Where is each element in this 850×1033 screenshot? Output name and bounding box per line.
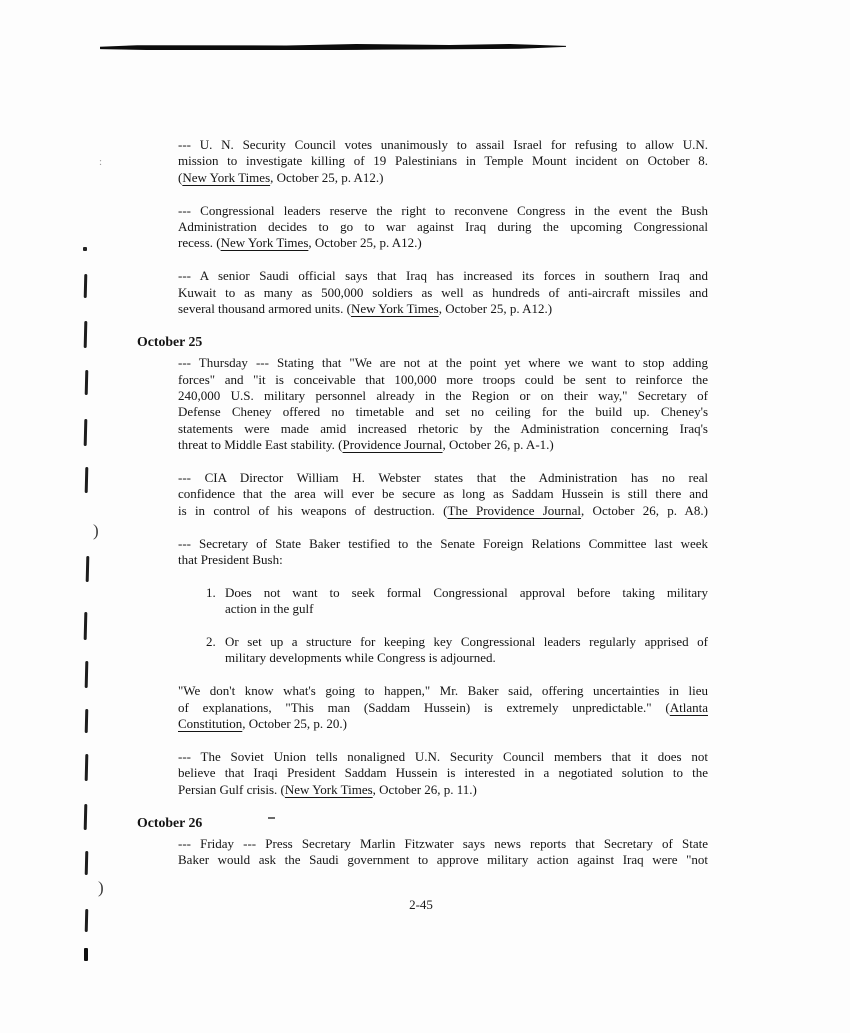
text-segment: Persian Gulf crisis. ( <box>178 782 285 797</box>
text-line: several thousand armored units. (New Yor… <box>178 301 708 317</box>
scan-artifact-bar <box>84 612 88 640</box>
citation: New York Times <box>351 301 439 316</box>
paragraph: --- Thursday --- Stating that "We are no… <box>178 355 708 453</box>
text-line: that President Bush: <box>178 552 708 568</box>
text-segment: Kuwait to as many as 500,000 soldiers as… <box>178 285 708 300</box>
list-number: 1. <box>206 585 216 601</box>
paragraph: --- CIA Director William H. Webster stat… <box>178 470 708 519</box>
text-segment: , October 26, p. A8.) <box>581 503 708 518</box>
text-segment: forces" and "it is conceivable that 100,… <box>178 372 708 387</box>
list-body: Does not want to seek formal Congression… <box>225 585 708 618</box>
list-item: 2.Or set up a structure for keeping key … <box>178 634 708 667</box>
scanned-page: --- U. N. Security Council votes unanimo… <box>0 0 850 1033</box>
text-line: Baker would ask the Saudi government to … <box>178 852 708 868</box>
text-segment: --- Congressional leaders reserve the ri… <box>178 203 708 218</box>
text-line: military developments while Congress is … <box>225 650 708 666</box>
text-segment: , October 26, p. 11.) <box>373 782 477 797</box>
scan-artifact-bar <box>85 909 89 932</box>
text-line: of explanations, "This man (Saddam Husse… <box>178 700 708 716</box>
text-segment: confidence that the area will ever be se… <box>178 486 708 501</box>
text-segment: --- Secretary of State Baker testified t… <box>178 536 708 551</box>
paragraph: --- U. N. Security Council votes unanimo… <box>178 137 708 186</box>
text-line: threat to Middle East stability. (Provid… <box>178 437 708 453</box>
text-segment: , October 25, p. A12.) <box>270 170 383 185</box>
text-segment: several thousand armored units. ( <box>178 301 351 316</box>
text-segment: mission to investigate killing of 19 Pal… <box>178 153 708 168</box>
scan-artifact-dash <box>268 817 275 819</box>
paragraph: --- Friday --- Press Secretary Marlin Fi… <box>178 836 708 869</box>
text-line: --- Congressional leaders reserve the ri… <box>178 203 708 219</box>
text-line: --- CIA Director William H. Webster stat… <box>178 470 708 486</box>
paragraph: --- The Soviet Union tells nonaligned U.… <box>178 749 708 798</box>
text-line: confidence that the area will ever be se… <box>178 486 708 502</box>
text-line: --- Secretary of State Baker testified t… <box>178 536 708 552</box>
scan-artifact-bar2 <box>84 948 88 961</box>
scan-artifact-colon: : <box>99 157 102 168</box>
paragraph: --- Congressional leaders reserve the ri… <box>178 203 708 252</box>
text-segment: --- A senior Saudi official says that Ir… <box>178 268 708 283</box>
scan-artifact-bar <box>85 370 89 395</box>
text-line: (New York Times, October 25, p. A12.) <box>178 170 708 186</box>
text-segment: threat to Middle East stability. ( <box>178 437 343 452</box>
scan-artifact-bar <box>85 709 89 733</box>
scan-artifact-paren: ) <box>93 522 99 539</box>
text-segment: action in the gulf <box>225 601 313 616</box>
list-number: 2. <box>206 634 216 650</box>
text-line: Administration decides to go to war agai… <box>178 219 708 235</box>
text-segment: --- Thursday --- Stating that "We are no… <box>178 355 708 370</box>
page-number: 2-45 <box>386 897 456 913</box>
text-segment: "We don't know what's going to happen," … <box>178 683 708 698</box>
text-line: recess. (New York Times, October 25, p. … <box>178 235 708 251</box>
text-line: mission to investigate killing of 19 Pal… <box>178 153 708 169</box>
text-segment: recess. ( <box>178 235 221 250</box>
text-segment: --- Friday --- Press Secretary Marlin Fi… <box>178 836 708 851</box>
scan-artifact-bar <box>84 419 88 446</box>
text-line: action in the gulf <box>225 601 708 617</box>
citation: Constitution <box>178 716 242 731</box>
text-segment: military developments while Congress is … <box>225 650 496 665</box>
paragraph: --- A senior Saudi official says that Ir… <box>178 268 708 317</box>
scan-artifact-bar <box>85 467 89 493</box>
text-segment: that President Bush: <box>178 552 283 567</box>
text-segment: --- CIA Director William H. Webster stat… <box>178 470 708 485</box>
text-segment: , October 25, p. A12.) <box>439 301 552 316</box>
citation: Atlanta <box>670 700 708 715</box>
text-segment: --- U. N. Security Council votes unanimo… <box>178 137 708 152</box>
text-line: "We don't know what's going to happen," … <box>178 683 708 699</box>
scan-artifact-bar <box>84 321 88 348</box>
text-line: Persian Gulf crisis. (New York Times, Oc… <box>178 782 708 798</box>
text-line: --- Friday --- Press Secretary Marlin Fi… <box>178 836 708 852</box>
text-line: Or set up a structure for keeping key Co… <box>225 634 708 650</box>
text-line: --- Thursday --- Stating that "We are no… <box>178 355 708 371</box>
text-segment: Baker would ask the Saudi government to … <box>178 852 708 867</box>
document-body: --- U. N. Security Council votes unanimo… <box>178 137 708 869</box>
text-line: --- U. N. Security Council votes unanimo… <box>178 137 708 153</box>
text-segment: Administration decides to go to war agai… <box>178 219 708 234</box>
text-segment: , October 25, p. 20.) <box>242 716 347 731</box>
text-line: --- The Soviet Union tells nonaligned U.… <box>178 749 708 765</box>
text-segment: 240,000 U.S. military personnel already … <box>178 388 708 403</box>
scan-artifact-paren: ) <box>98 879 104 896</box>
citation: New York Times <box>285 782 373 797</box>
text-segment: --- The Soviet Union tells nonaligned U.… <box>178 749 708 764</box>
text-line: --- A senior Saudi official says that Ir… <box>178 268 708 284</box>
text-line: Does not want to seek formal Congression… <box>225 585 708 601</box>
citation: The Providence Journal <box>448 503 582 518</box>
top-rule <box>100 43 566 50</box>
text-line: 240,000 U.S. military personnel already … <box>178 388 708 404</box>
text-segment: , October 25, p. A12.) <box>308 235 421 250</box>
text-segment: of explanations, "This man (Saddam Husse… <box>178 700 670 715</box>
citation: Providence Journal <box>343 437 443 452</box>
scan-artifact-bar <box>85 851 89 875</box>
scan-artifact-bar <box>85 754 89 781</box>
text-line: Constitution, October 25, p. 20.) <box>178 716 708 732</box>
text-segment: Defense Cheney offered no timetable and … <box>178 404 708 419</box>
section-heading: October 26 <box>137 815 708 831</box>
list-item: 1.Does not want to seek formal Congressi… <box>178 585 708 618</box>
paragraph: --- Secretary of State Baker testified t… <box>178 536 708 569</box>
text-segment: is in control of his weapons of destruct… <box>178 503 448 518</box>
scan-artifact-bar <box>85 661 89 688</box>
paragraph: "We don't know what's going to happen," … <box>178 683 708 732</box>
text-segment: , October 26, p. A-1.) <box>443 437 554 452</box>
text-line: Kuwait to as many as 500,000 soldiers as… <box>178 285 708 301</box>
citation: New York Times <box>221 235 309 250</box>
citation: New York Times <box>182 170 270 185</box>
text-line: statements were made amid increased rhet… <box>178 421 708 437</box>
list-body: Or set up a structure for keeping key Co… <box>225 634 708 667</box>
scan-artifact-bar <box>86 556 90 582</box>
section-heading: October 25 <box>137 334 708 350</box>
text-segment: statements were made amid increased rhet… <box>178 421 708 436</box>
text-line: believe that Iraqi President Saddam Huss… <box>178 765 708 781</box>
text-segment: believe that Iraqi President Saddam Huss… <box>178 765 708 780</box>
scan-artifact-bar <box>84 804 88 830</box>
scan-artifact-dot <box>83 247 87 251</box>
text-segment: Does not want to seek formal Congression… <box>225 585 708 600</box>
text-line: forces" and "it is conceivable that 100,… <box>178 372 708 388</box>
text-line: Defense Cheney offered no timetable and … <box>178 404 708 420</box>
scan-artifact-bar <box>84 274 88 298</box>
text-segment: Or set up a structure for keeping key Co… <box>225 634 708 649</box>
text-line: is in control of his weapons of destruct… <box>178 503 708 519</box>
